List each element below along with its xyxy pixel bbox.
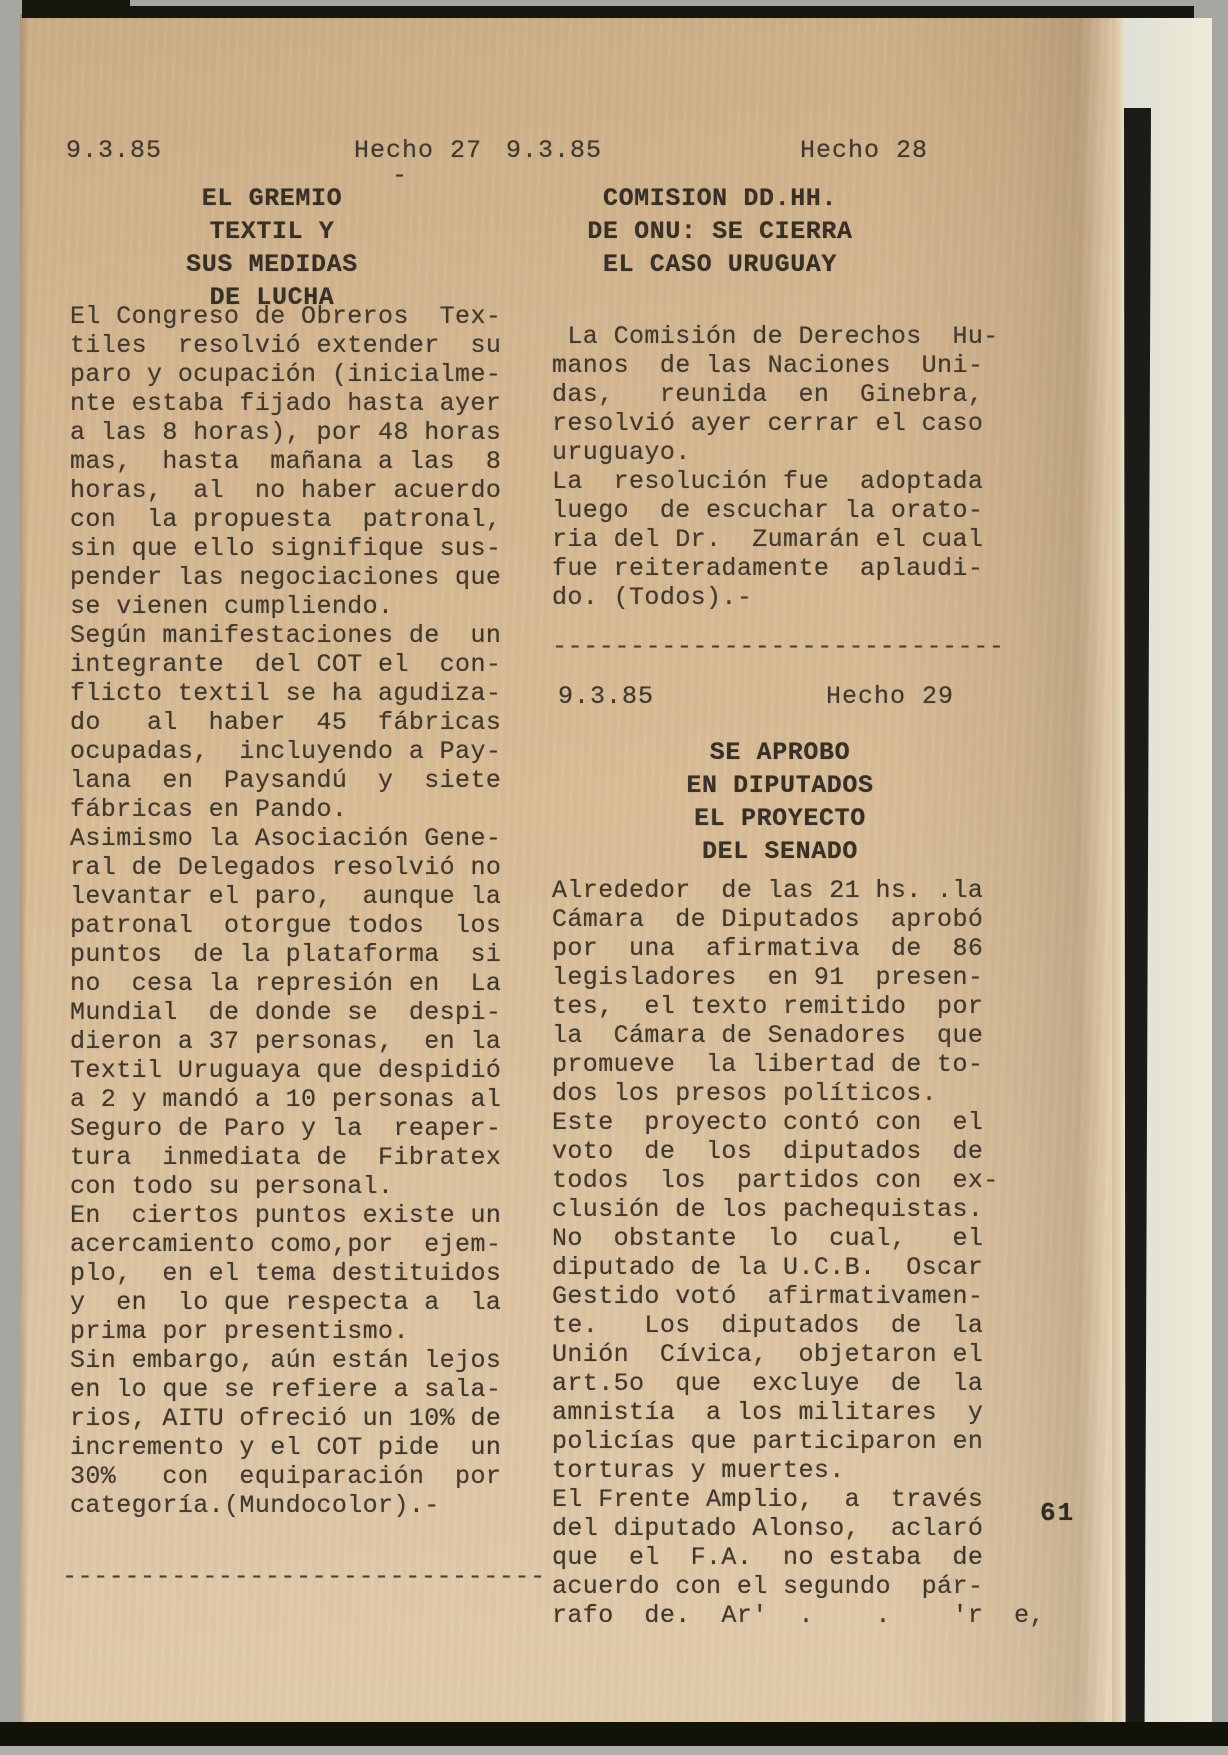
- subheader-hecho-label: Hecho 29: [826, 682, 954, 711]
- page-number: 61: [1040, 1498, 1075, 1528]
- dashed-separator-left: -------------------------------: [62, 1562, 546, 1591]
- scan-top-left-black-block: [22, 0, 130, 18]
- article-body-hecho-29: Alrededor de las 21 hs. .la Cámara de Di…: [552, 876, 1045, 1630]
- header-right-hecho-label: Hecho 28: [800, 136, 928, 165]
- article-title-hecho-27: EL GREMIO TEXTIL Y SUS MEDIDAS DE LUCHA: [68, 182, 476, 314]
- header-right-date: 9.3.85: [506, 136, 602, 165]
- article-body-hecho-28: La Comisión de Derechos Hu- manos de las…: [552, 322, 999, 612]
- subheader-date: 9.3.85: [558, 682, 654, 711]
- paper-sheet: 9.3.85 Hecho 27 - 9.3.85 Hecho 28 EL GRE…: [20, 14, 1118, 1726]
- article-body-hecho-27: El Congreso de Obreros Tex- tiles resolv…: [70, 302, 501, 1520]
- scan-bottom-gray-margin: [0, 1746, 1228, 1755]
- header-left-date: 9.3.85: [66, 136, 162, 165]
- scan-bottom-black-band: [0, 1722, 1228, 1746]
- header-left-hecho-label: Hecho 27: [354, 136, 482, 165]
- dashed-separator-right: -----------------------------: [552, 632, 1004, 661]
- article-title-hecho-29: SE APROBO EN DIPUTADOS EL PROYECTO DEL S…: [612, 736, 948, 868]
- scanned-document-page: 9.3.85 Hecho 27 - 9.3.85 Hecho 28 EL GRE…: [0, 0, 1228, 1755]
- article-title-hecho-28: COMISION DD.HH. DE ONU: SE CIERRA EL CAS…: [548, 182, 892, 281]
- scan-top-black-bar: [22, 6, 1194, 18]
